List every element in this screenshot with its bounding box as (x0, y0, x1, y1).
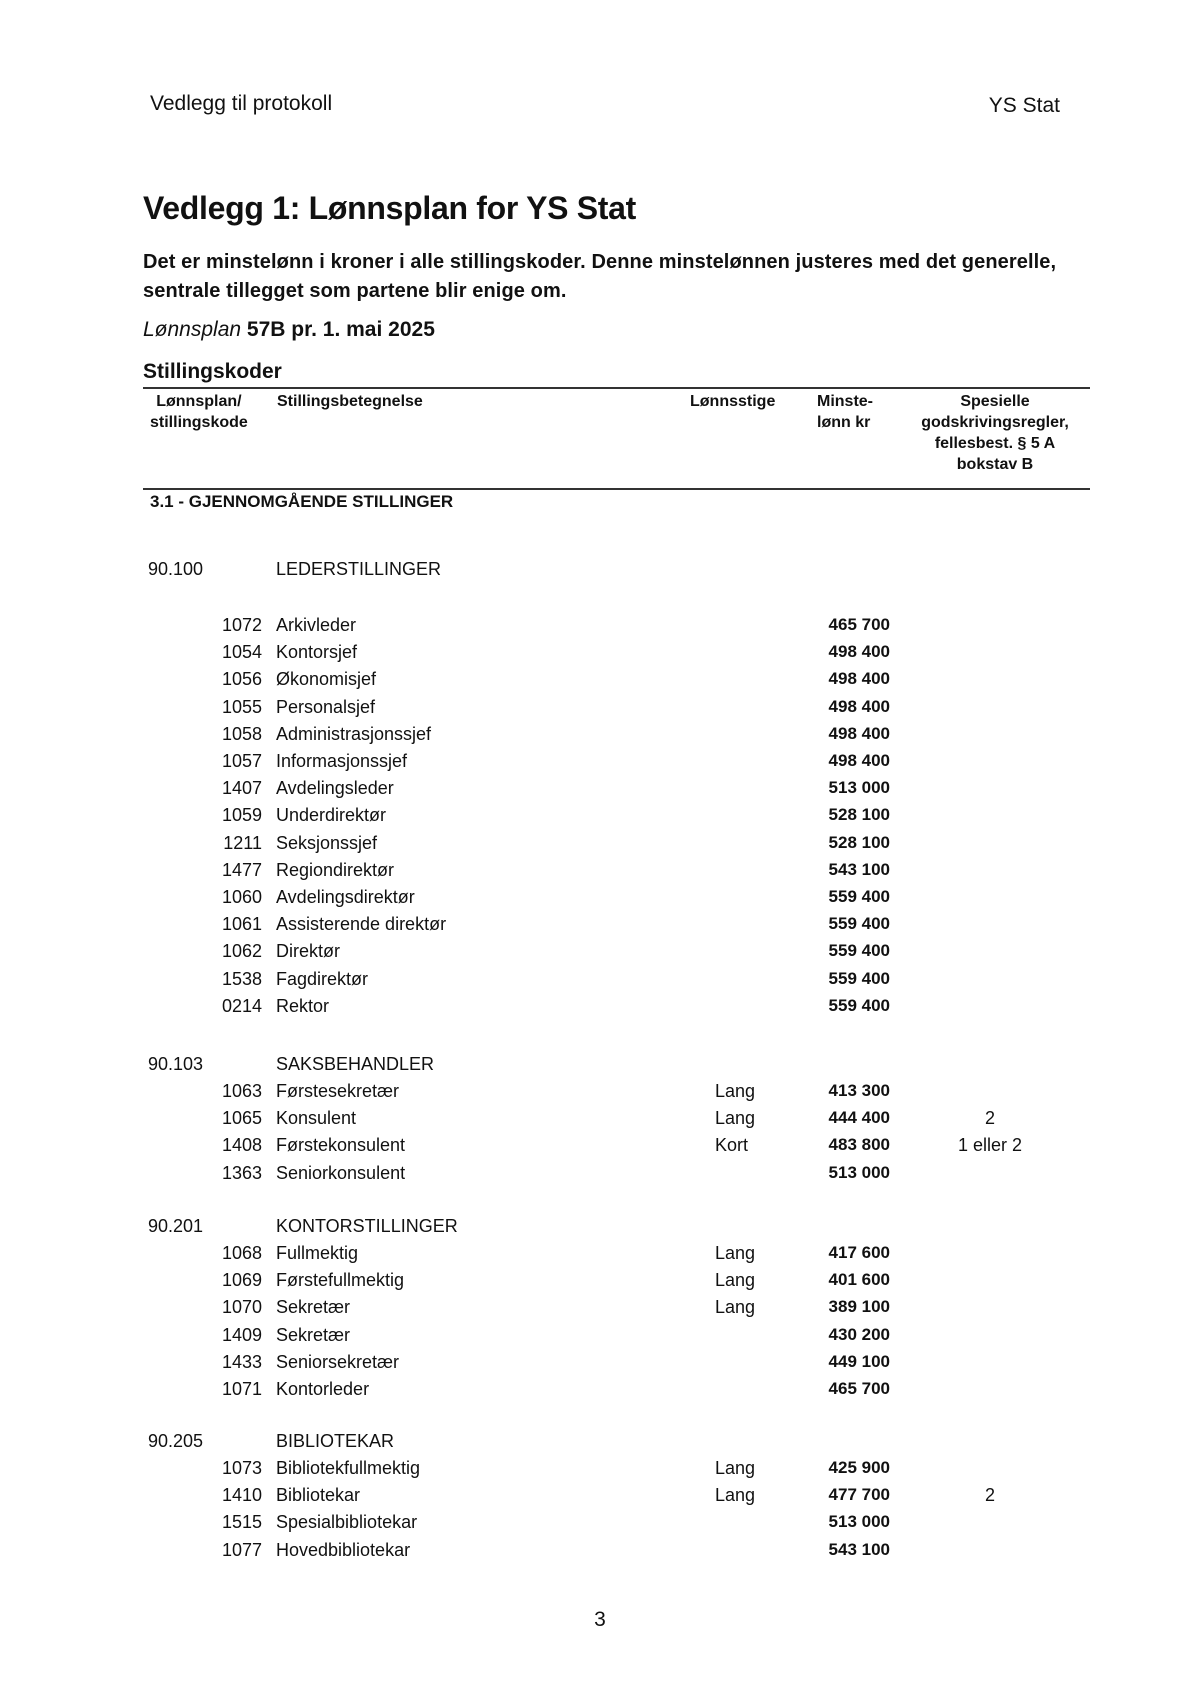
table-row: 1515Spesialbibliotekar513 000 (0, 1512, 1200, 1539)
table-row: 1060Avdelingsdirektør559 400 (0, 887, 1200, 914)
minimum-salary: 513 000 (800, 1163, 890, 1183)
position-code: 1477 (200, 860, 262, 881)
position-code: 1060 (200, 887, 262, 908)
position-code: 1515 (200, 1512, 262, 1533)
position-title: Hovedbibliotekar (276, 1540, 410, 1561)
position-code: 1077 (200, 1540, 262, 1561)
salary-ladder: Lang (715, 1081, 755, 1102)
salary-ladder: Lang (715, 1108, 755, 1129)
column-header-plan-code: Lønnsplan/stillingskode (150, 391, 248, 433)
position-code: 1407 (200, 778, 262, 799)
position-title: Personalsjef (276, 697, 375, 718)
group-code: 90.103 (148, 1054, 203, 1075)
table-row: 1057Informasjonssjef498 400 (0, 751, 1200, 778)
salary-ladder: Lang (715, 1270, 755, 1291)
plan-line: Lønnsplan 57B pr. 1. mai 2025 (143, 318, 435, 342)
group-code: 90.201 (148, 1216, 203, 1237)
column-header-minimum-salary: Minste-lønn kr (817, 391, 873, 433)
position-title: Førstesekretær (276, 1081, 399, 1102)
minimum-salary: 465 700 (800, 1379, 890, 1399)
table-row: 1538Fagdirektør559 400 (0, 969, 1200, 996)
position-code: 1061 (200, 914, 262, 935)
minimum-salary: 449 100 (800, 1352, 890, 1372)
minimum-salary: 559 400 (800, 887, 890, 907)
group-code: 90.100 (148, 559, 203, 580)
column-header-special-rules: Spesiellegodskrivingsregler,fellesbest. … (905, 391, 1085, 475)
table-row: 1077Hovedbibliotekar543 100 (0, 1540, 1200, 1567)
position-title: Fullmektig (276, 1243, 358, 1264)
section-heading: Stillingskoder (143, 360, 282, 384)
minimum-salary: 389 100 (800, 1297, 890, 1317)
page-title: Vedlegg 1: Lønnsplan for YS Stat (143, 190, 636, 227)
minimum-salary: 483 800 (800, 1135, 890, 1155)
position-title: Kontorsjef (276, 642, 357, 663)
minimum-salary: 513 000 (800, 778, 890, 798)
position-code: 1071 (200, 1379, 262, 1400)
group-name: KONTORSTILLINGER (276, 1216, 458, 1237)
table-row: 1065KonsulentLang444 4002 (0, 1108, 1200, 1135)
column-header-title: Stillingsbetegnelse (277, 391, 423, 412)
table-row: 1433Seniorsekretær449 100 (0, 1352, 1200, 1379)
position-code: 1057 (200, 751, 262, 772)
position-title: Bibliotekfullmektig (276, 1458, 420, 1479)
position-code: 1409 (200, 1325, 262, 1346)
special-rule: 1 eller 2 (930, 1135, 1050, 1156)
table-row: 0214Rektor559 400 (0, 996, 1200, 1023)
table-row: 1073BibliotekfullmektigLang425 900 (0, 1458, 1200, 1485)
minimum-salary: 413 300 (800, 1081, 890, 1101)
minimum-salary: 559 400 (800, 941, 890, 961)
table-top-rule (143, 387, 1090, 389)
column-header-salary-ladder: Lønnsstige (690, 391, 775, 412)
position-code: 1069 (200, 1270, 262, 1291)
group-name: BIBLIOTEKAR (276, 1431, 394, 1452)
table-row: 1056Økonomisjef498 400 (0, 669, 1200, 696)
table-row: 1062Direktør559 400 (0, 941, 1200, 968)
running-header-right: YS Stat (989, 94, 1060, 118)
group-code: 90.205 (148, 1431, 203, 1452)
table-row: 1363Seniorkonsulent513 000 (0, 1163, 1200, 1190)
salary-ladder: Lang (715, 1243, 755, 1264)
position-code: 1068 (200, 1243, 262, 1264)
table-row: 1068FullmektigLang417 600 (0, 1243, 1200, 1270)
position-code: 0214 (200, 996, 262, 1017)
page-number: 3 (0, 1608, 1200, 1632)
position-title: Økonomisjef (276, 669, 376, 690)
position-code: 1062 (200, 941, 262, 962)
position-title: Førstefullmektig (276, 1270, 404, 1291)
minimum-salary: 559 400 (800, 914, 890, 934)
table-row: 1054Kontorsjef498 400 (0, 642, 1200, 669)
table-row: 1061Assisterende direktør559 400 (0, 914, 1200, 941)
position-code: 1433 (200, 1352, 262, 1373)
position-code: 1055 (200, 697, 262, 718)
position-code: 1063 (200, 1081, 262, 1102)
minimum-salary: 444 400 (800, 1108, 890, 1128)
table-header-rule (143, 488, 1090, 490)
position-code: 1410 (200, 1485, 262, 1506)
minimum-salary: 528 100 (800, 805, 890, 825)
table-row: 1071Kontorleder465 700 (0, 1379, 1200, 1406)
position-title: Førstekonsulent (276, 1135, 405, 1156)
position-code: 1363 (200, 1163, 262, 1184)
position-title: Sekretær (276, 1297, 350, 1318)
group-name: LEDERSTILLINGER (276, 559, 441, 580)
minimum-salary: 498 400 (800, 642, 890, 662)
minimum-salary: 543 100 (800, 1540, 890, 1560)
table-row: 1059Underdirektør528 100 (0, 805, 1200, 832)
minimum-salary: 498 400 (800, 669, 890, 689)
group-name: SAKSBEHANDLER (276, 1054, 434, 1075)
position-title: Direktør (276, 941, 340, 962)
subsection-heading: 3.1 - GJENNOMGÅENDE STILLINGER (150, 492, 453, 512)
salary-ladder: Lang (715, 1297, 755, 1318)
position-title: Assisterende direktør (276, 914, 446, 935)
table-row: 1069FørstefullmektigLang401 600 (0, 1270, 1200, 1297)
position-code: 1054 (200, 642, 262, 663)
position-title: Sekretær (276, 1325, 350, 1346)
position-code: 1408 (200, 1135, 262, 1156)
position-code: 1065 (200, 1108, 262, 1129)
position-title: Underdirektør (276, 805, 386, 826)
salary-ladder: Lang (715, 1458, 755, 1479)
minimum-salary: 477 700 (800, 1485, 890, 1505)
position-title: Seniorkonsulent (276, 1163, 405, 1184)
table-row: 1477Regiondirektør543 100 (0, 860, 1200, 887)
plan-line-italic: Lønnsplan (143, 318, 241, 341)
minimum-salary: 498 400 (800, 751, 890, 771)
table-row: 1409Sekretær430 200 (0, 1325, 1200, 1352)
minimum-salary: 425 900 (800, 1458, 890, 1478)
salary-ladder: Kort (715, 1135, 748, 1156)
position-code: 1059 (200, 805, 262, 826)
position-title: Avdelingsleder (276, 778, 394, 799)
table-row: 1410BibliotekarLang477 7002 (0, 1485, 1200, 1512)
salary-ladder: Lang (715, 1485, 755, 1506)
table-row: 1063FørstesekretærLang413 300 (0, 1081, 1200, 1108)
running-header-left: Vedlegg til protokoll (150, 92, 332, 116)
intro-paragraph: Det er minstelønn i kroner i alle stilli… (143, 248, 1083, 306)
position-title: Regiondirektør (276, 860, 394, 881)
position-title: Arkivleder (276, 615, 356, 636)
minimum-salary: 401 600 (800, 1270, 890, 1290)
position-title: Seniorsekretær (276, 1352, 399, 1373)
position-code: 1072 (200, 615, 262, 636)
minimum-salary: 417 600 (800, 1243, 890, 1263)
position-title: Fagdirektør (276, 969, 368, 990)
position-title: Avdelingsdirektør (276, 887, 415, 908)
position-title: Bibliotekar (276, 1485, 360, 1506)
position-title: Seksjonssjef (276, 833, 377, 854)
position-title: Rektor (276, 996, 329, 1017)
minimum-salary: 498 400 (800, 724, 890, 744)
position-title: Administrasjonssjef (276, 724, 431, 745)
position-code: 1538 (200, 969, 262, 990)
minimum-salary: 559 400 (800, 969, 890, 989)
position-code: 1056 (200, 669, 262, 690)
minimum-salary: 559 400 (800, 996, 890, 1016)
position-title: Konsulent (276, 1108, 356, 1129)
minimum-salary: 498 400 (800, 697, 890, 717)
special-rule: 2 (930, 1485, 1050, 1506)
position-title: Kontorleder (276, 1379, 369, 1400)
position-code: 1073 (200, 1458, 262, 1479)
minimum-salary: 430 200 (800, 1325, 890, 1345)
position-title: Spesialbibliotekar (276, 1512, 417, 1533)
table-row: 1058Administrasjonssjef498 400 (0, 724, 1200, 751)
minimum-salary: 465 700 (800, 615, 890, 635)
table-row: 1211Seksjonssjef528 100 (0, 833, 1200, 860)
table-row: 1070SekretærLang389 100 (0, 1297, 1200, 1324)
table-row: 1408FørstekonsulentKort483 8001 eller 2 (0, 1135, 1200, 1162)
minimum-salary: 528 100 (800, 833, 890, 853)
table-row: 1072Arkivleder465 700 (0, 615, 1200, 642)
minimum-salary: 513 000 (800, 1512, 890, 1532)
plan-line-rest: 57B pr. 1. mai 2025 (241, 318, 435, 341)
special-rule: 2 (930, 1108, 1050, 1129)
position-code: 1058 (200, 724, 262, 745)
minimum-salary: 543 100 (800, 860, 890, 880)
position-title: Informasjonssjef (276, 751, 407, 772)
table-row: 1407Avdelingsleder513 000 (0, 778, 1200, 805)
table-row: 1055Personalsjef498 400 (0, 697, 1200, 724)
position-code: 1070 (200, 1297, 262, 1318)
position-code: 1211 (200, 833, 262, 854)
